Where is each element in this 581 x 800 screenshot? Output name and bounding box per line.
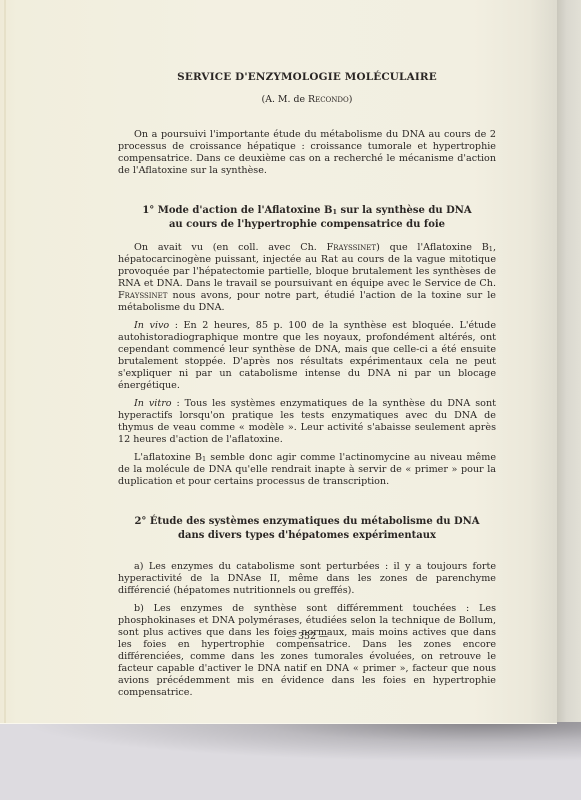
in-vivo-label: In vivo (134, 320, 169, 331)
section-1-paragraph-in-vitro: In vitro : Tous les systèmes enzymatique… (118, 398, 496, 446)
person-name: Frayssinet (327, 242, 376, 253)
section-1-paragraph-1: On avait vu (en coll. avec Ch. Frayssine… (118, 242, 496, 314)
heading-text: 1° Mode d'action de l'Aflatoxine B (142, 205, 332, 216)
page-number: — 352 — (118, 631, 496, 642)
author-line: (A. M. de Recondo) (118, 94, 496, 106)
scanned-page: SERVICE D'ENZYMOLOGIE MOLÉCULAIRE (A. M.… (0, 0, 557, 724)
text: : Tous les systèmes enzymatiques de la s… (118, 398, 496, 445)
text: L'aflatoxine B (134, 452, 202, 463)
person-name: Frayssinet (118, 290, 167, 301)
text: ) que l'Aflatoxine B (376, 242, 489, 253)
section-1-paragraph-conclusion: L'aflatoxine B1 semble donc agir comme l… (118, 452, 496, 488)
section-1-heading-line-1: 1° Mode d'action de l'Aflatoxine B1 sur … (118, 204, 496, 218)
heading-text: sur la synthèse du DNA (337, 205, 472, 216)
section-1-paragraph-in-vivo: In vivo : En 2 heures, 85 p. 100 de la s… (118, 320, 496, 392)
text-column: SERVICE D'ENZYMOLOGIE MOLÉCULAIRE (A. M.… (118, 71, 496, 699)
text: : En 2 heures, 85 p. 100 de la synthèse … (118, 320, 496, 391)
text: nous avons, pour notre part, étudié l'ac… (118, 290, 496, 313)
section-2-heading: 2° Étude des systèmes enzymatiques du mé… (118, 515, 496, 543)
adjacent-page-edge (557, 0, 581, 722)
page-shadow (20, 722, 581, 762)
text: On avait vu (en coll. avec Ch. (134, 242, 327, 253)
section-1-heading: 1° Mode d'action de l'Aflatoxine B1 sur … (118, 204, 496, 232)
author-name: Recondo (308, 94, 349, 105)
author-prefix: (A. M. de (262, 94, 308, 105)
intro-paragraph: On a poursuivi l'importante étude du mét… (118, 129, 496, 177)
section-1-heading-line-2: au cours de l'hypertrophie compensatrice… (118, 218, 496, 232)
section-2-paragraph-b: b) Les enzymes de synthèse sont différem… (118, 603, 496, 699)
section-2-heading-line-1: 2° Étude des systèmes enzymatiques du mé… (118, 515, 496, 529)
section-2-heading-line-2: dans divers types d'hépatomes expériment… (118, 529, 496, 543)
in-vitro-label: In vitro (134, 398, 172, 409)
section-2-paragraph-a: a) Les enzymes du catabolisme sont pertu… (118, 561, 496, 597)
document-title: SERVICE D'ENZYMOLOGIE MOLÉCULAIRE (118, 71, 496, 84)
author-suffix: ) (349, 94, 353, 105)
